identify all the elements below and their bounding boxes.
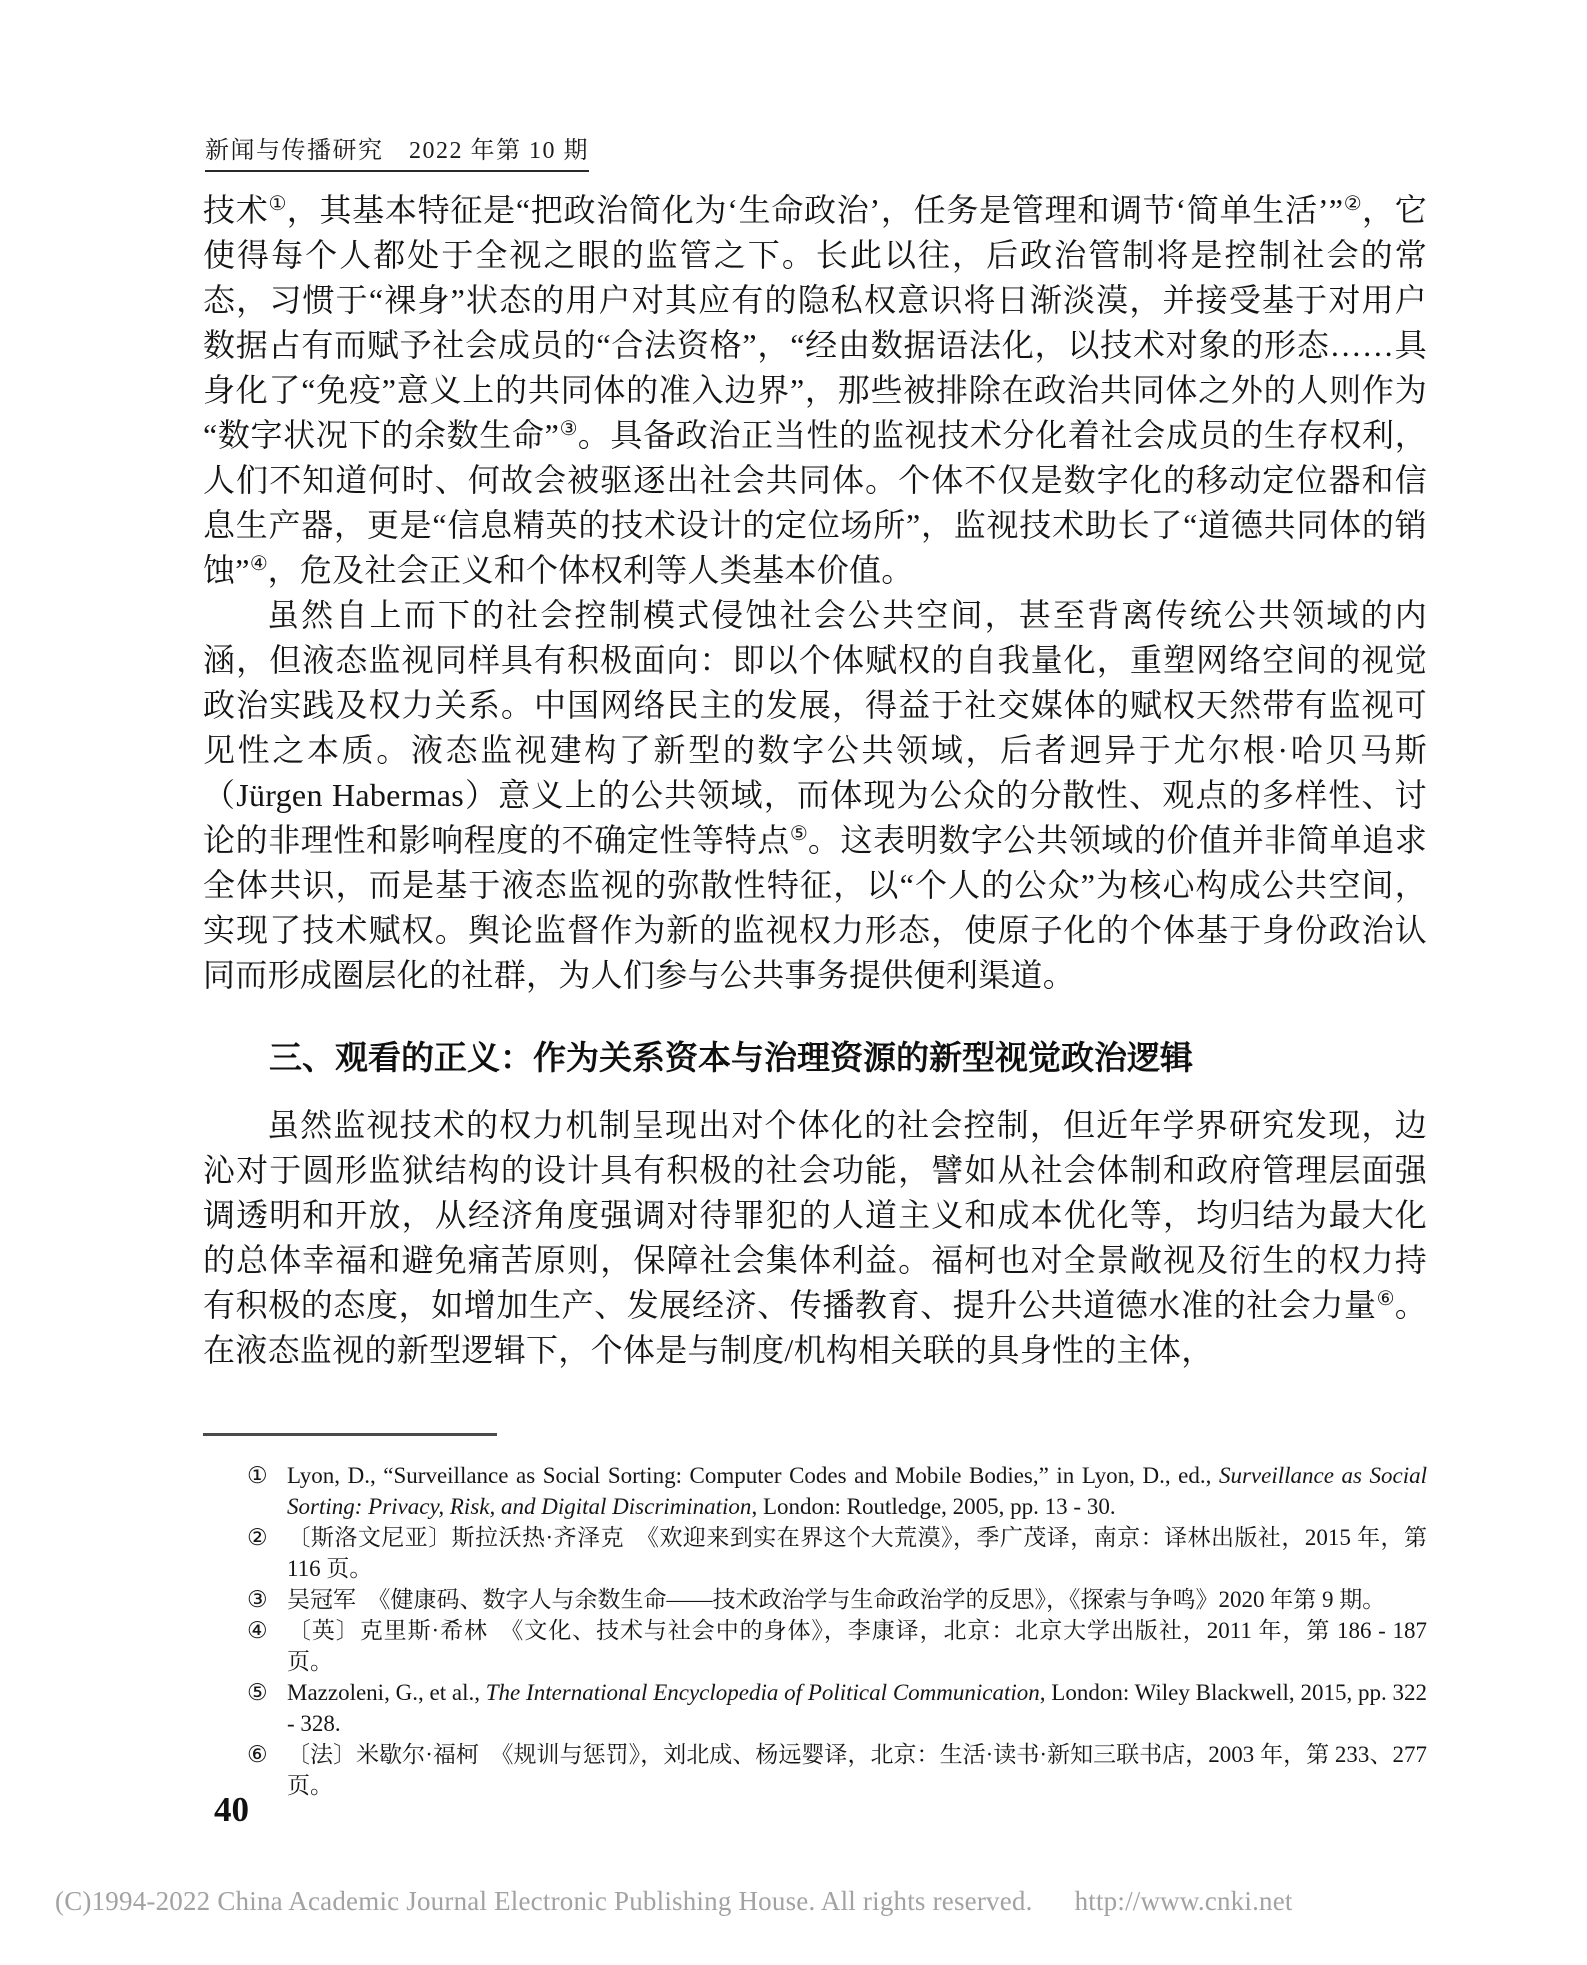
footnote-marker: ②	[247, 1522, 287, 1553]
running-head: 新闻与传播研究 2022 年第 10 期	[205, 130, 589, 172]
footnote-item: ⑤Mazzoleni, G., et al., The Internationa…	[247, 1677, 1427, 1739]
footnote-ref: ⑥	[1377, 1288, 1395, 1310]
footnote-item: ⑥〔法〕米歇尔·福柯 《规训与惩罚》，刘北成、杨远婴译，北京：生活·读书·新知三…	[247, 1739, 1427, 1801]
footnote-text: Lyon, D., “Surveillance as Social Sortin…	[287, 1463, 1427, 1519]
footnote-ref: ④	[250, 553, 268, 575]
footnote-item: ③吴冠军 《健康码、数字人与余数生命——技术政治学与生命政治学的反思》，《探索与…	[247, 1584, 1427, 1615]
footnote-marker: ⑥	[247, 1739, 287, 1770]
cnki-copyright-footer: (C)1994-2022 China Academic Journal Elec…	[55, 1886, 1293, 1917]
footnote-text: 吴冠军 《健康码、数字人与余数生命——技术政治学与生命政治学的反思》，《探索与争…	[287, 1587, 1385, 1612]
footnotes-section: ①Lyon, D., “Surveillance as Social Sorti…	[247, 1460, 1427, 1801]
footnote-item: ②〔斯洛文尼亚〕斯拉沃热·齐泽克 《欢迎来到实在界这个大荒漠》，季广茂译，南京：…	[247, 1522, 1427, 1584]
footnote-separator-line	[203, 1433, 497, 1436]
footnote-marker: ①	[247, 1460, 287, 1491]
footnote-marker: ③	[247, 1584, 287, 1615]
section-heading: 三、观看的正义：作为关系资本与治理资源的新型视觉政治逻辑	[203, 1035, 1427, 1080]
article-body-upper: 技术①，其基本特征是“把政治简化为‘生命政治’，任务是管理和调节‘简单生活’”②…	[203, 188, 1427, 998]
footnote-text: 〔斯洛文尼亚〕斯拉沃热·齐泽克 《欢迎来到实在界这个大荒漠》，季广茂译，南京：译…	[287, 1525, 1427, 1581]
copyright-text: (C)1994-2022 China Academic Journal Elec…	[55, 1886, 1033, 1916]
footnote-marker: ⑤	[247, 1677, 287, 1708]
page-number: 40	[214, 1790, 249, 1830]
paragraph-2: 虽然自上而下的社会控制模式侵蚀社会公共空间，甚至背离传统公共领域的内涵，但液态监…	[203, 593, 1427, 998]
footnote-ref: ③	[559, 418, 578, 440]
paragraph-3: 虽然监视技术的权力机制呈现出对个体化的社会控制，但近年学界研究发现，边沁对于圆形…	[203, 1103, 1427, 1373]
footnote-ref: ①	[268, 193, 286, 215]
footnote-text: 〔英〕克里斯·希林 《文化、技术与社会中的身体》，李康译，北京：北京大学出版社，…	[287, 1618, 1427, 1674]
footnote-marker: ④	[247, 1615, 287, 1646]
journal-page: 新闻与传播研究 2022 年第 10 期 技术①，其基本特征是“把政治简化为‘生…	[0, 0, 1587, 1965]
footnote-ref: ②	[1343, 193, 1362, 215]
footnote-ref: ⑤	[790, 823, 808, 845]
footnote-item: ①Lyon, D., “Surveillance as Social Sorti…	[247, 1460, 1427, 1522]
paragraph-1: 技术①，其基本特征是“把政治简化为‘生命政治’，任务是管理和调节‘简单生活’”②…	[203, 188, 1427, 593]
cnki-url: http://www.cnki.net	[1075, 1886, 1293, 1916]
footnote-text: Mazzoleni, G., et al., The International…	[287, 1680, 1427, 1736]
footnote-item: ④〔英〕克里斯·希林 《文化、技术与社会中的身体》，李康译，北京：北京大学出版社…	[247, 1615, 1427, 1677]
footnote-text: 〔法〕米歇尔·福柯 《规训与惩罚》，刘北成、杨远婴译，北京：生活·读书·新知三联…	[287, 1742, 1427, 1798]
article-body-lower: 虽然监视技术的权力机制呈现出对个体化的社会控制，但近年学界研究发现，边沁对于圆形…	[203, 1103, 1427, 1373]
